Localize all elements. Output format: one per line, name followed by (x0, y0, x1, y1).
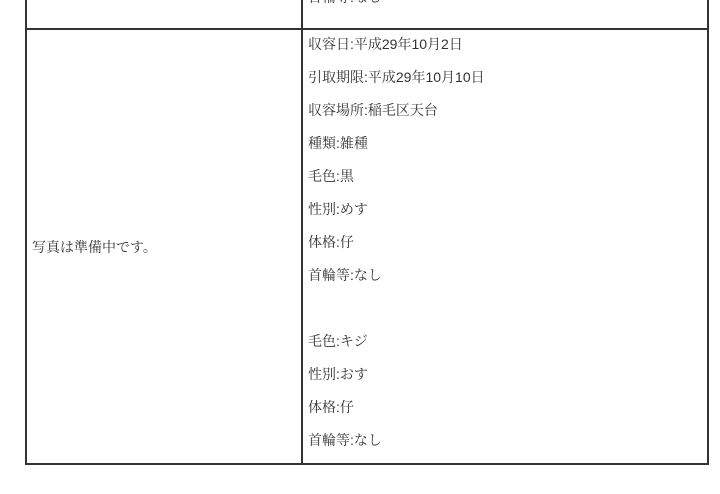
detail-line: 引取期限:平成29年10月10日 (308, 70, 702, 84)
detail-line: 毛色:黒 (308, 169, 702, 183)
detail-line: 体格:仔 (308, 235, 702, 249)
detail-line: 首輪等:なし (308, 433, 702, 447)
previous-row-details-cell: 首輪等:なし (303, 0, 707, 28)
impounded-animal-table: 首輪等:なし 写真は準備中です。 収容日:平成29年10月2日引取期限:平成29… (25, 0, 709, 465)
detail-line (308, 301, 702, 315)
details-cell: 収容日:平成29年10月2日引取期限:平成29年10月10日収容場所:稲毛区天台… (303, 30, 707, 463)
detail-line: 体格:仔 (308, 400, 702, 414)
detail-lines: 収容日:平成29年10月2日引取期限:平成29年10月10日収容場所:稲毛区天台… (303, 30, 707, 447)
previous-animal-row-clipped: 首輪等:なし (27, 0, 707, 30)
detail-line: 性別:めす (308, 202, 702, 216)
animal-row: 写真は準備中です。 収容日:平成29年10月2日引取期限:平成29年10月10日… (27, 30, 707, 463)
clipped-detail-line: 首輪等:なし (308, 0, 382, 4)
detail-line: 収容場所:稲毛区天台 (308, 103, 702, 117)
detail-line: 毛色:キジ (308, 334, 702, 348)
photo-pending-note: 写真は準備中です。 (32, 238, 157, 256)
detail-line: 性別:おす (308, 367, 702, 381)
detail-line: 首輪等:なし (308, 268, 702, 282)
previous-row-photo-cell (27, 0, 303, 28)
detail-line: 種類:雑種 (308, 136, 702, 150)
detail-line: 収容日:平成29年10月2日 (308, 37, 702, 51)
photo-cell: 写真は準備中です。 (27, 30, 303, 463)
